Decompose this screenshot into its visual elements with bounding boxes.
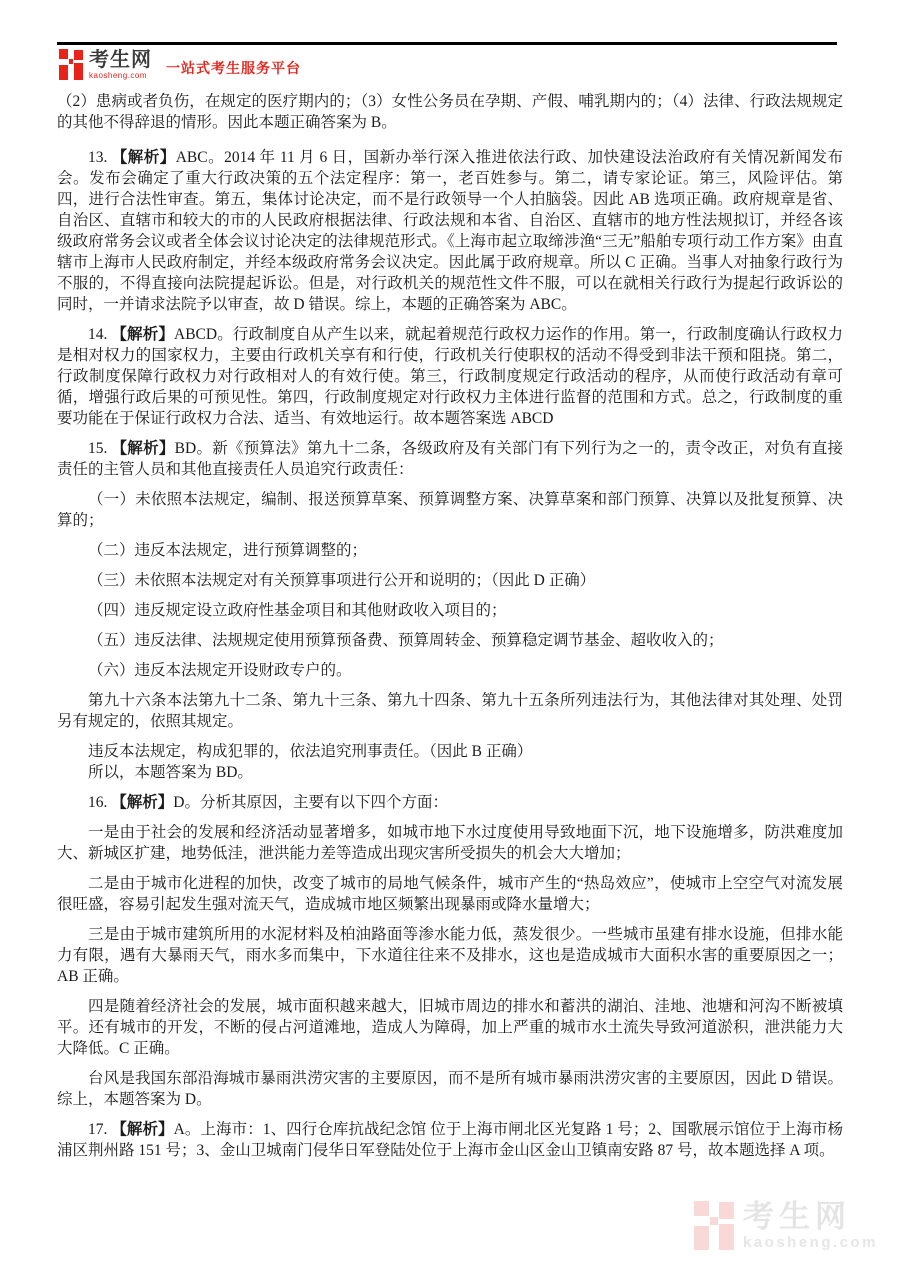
analysis-tag: 【解析】 — [112, 440, 175, 457]
paragraph-text: 一是由于社会的发展和经济活动显著增多，如城市地下水过度使用导致地面下沉，地下设施… — [57, 824, 843, 862]
paragraph-text: 违反本法规定，构成犯罪的，依法追究刑事责任。（因此 B 正确） — [88, 743, 532, 760]
document-body: （2）患病或者负伤，在规定的医疗期内的；（3）女性公务员在孕期、产假、哺乳期内的… — [57, 91, 843, 1170]
paragraph-clause-5: （五）违反法律、法规规定使用预算预备费、预算周转金、预算稳定调节基金、超收收入的… — [57, 630, 843, 651]
brand-name: 考生网 — [89, 50, 152, 70]
brand-domain: kaosheng.com — [89, 72, 152, 80]
paragraph-text: ABC。2014 年 11 月 6 日，国新办举行深入推进依法行政、加快建设法治… — [57, 149, 843, 313]
paragraph-answer-b: （2）患病或者负伤，在规定的医疗期内的；（3）女性公务员在孕期、产假、哺乳期内的… — [57, 91, 843, 133]
paragraph-clause-6: （六）违反本法规定开设财政专户的。 — [57, 660, 843, 681]
item-number: 14. — [88, 326, 111, 343]
paragraph-text: （2）患病或者负伤，在规定的医疗期内的；（3）女性公务员在孕期、产假、哺乳期内的… — [57, 93, 843, 131]
paragraph-reason-4: 四是随着经济社会的发展，城市面积越来越大，旧城市周边的排水和蓄洪的湖泊、洼地、池… — [57, 996, 843, 1059]
paragraph-text: （六）违反本法规定开设财政专户的。 — [88, 662, 352, 679]
paragraph-text: 台风是我国东部沿海城市暴雨洪涝灾害的主要原因，而不是所有城市暴雨洪涝灾害的主要原… — [57, 1070, 843, 1108]
paragraph-article-96: 第九十六条本法第九十二条、第九十三条、第九十四条、第九十五条所列违法行为，其他法… — [57, 690, 843, 732]
item-number: 17. — [88, 1121, 111, 1138]
paragraph-text: 二是由于城市化进程的加快，改变了城市的局地气候条件，城市产生的“热岛效应”，使城… — [57, 875, 843, 913]
paragraph-text: BD。新《预算法》第九十二条，各级政府及有关部门有下列行为之一的，责令改正，对负… — [57, 440, 843, 478]
paragraph-text: （二）违反本法规定，进行预算调整的； — [88, 542, 367, 559]
analysis-tag: 【解析】 — [111, 326, 174, 343]
analysis-tag: 【解析】 — [112, 149, 176, 166]
brand-tagline: 一站式考生服务平台 — [166, 58, 301, 80]
watermark-brand-domain: kaosheng.com — [743, 1235, 878, 1250]
paragraph-text: 所以，本题答案为 BD。 — [88, 764, 253, 781]
paragraph-item-15: 15. 【解析】BD。新《预算法》第九十二条，各级政府及有关部门有下列行为之一的… — [57, 438, 843, 480]
paragraph-text: A。上海市：1、四行仓库抗战纪念馆 位于上海市闸北区光复路 1 号；2、国歌展示… — [57, 1121, 843, 1159]
watermark-text: 考生网 kaosheng.com — [743, 1201, 878, 1250]
item-number: 15. — [88, 440, 112, 457]
paragraph-item-13: 13. 【解析】ABC。2014 年 11 月 6 日，国新办举行深入推进依法行… — [57, 147, 843, 315]
paragraph-text: 四是随着经济社会的发展，城市面积越来越大，旧城市周边的排水和蓄洪的湖泊、洼地、池… — [57, 998, 843, 1057]
watermark: 考生网 kaosheng.com — [694, 1201, 878, 1250]
paragraph-item-16: 16. 【解析】D。分析其原因，主要有以下四个方面： — [57, 792, 843, 813]
site-header: 考生网 kaosheng.com 一站式考生服务平台 — [59, 49, 301, 80]
paragraph-answer-bd: 所以，本题答案为 BD。 — [57, 762, 843, 783]
item-number: 13. — [88, 149, 112, 166]
watermark-brand-name: 考生网 — [743, 1201, 878, 1232]
item-number: 16. — [88, 794, 111, 811]
paragraph-item-17: 17. 【解析】A。上海市：1、四行仓库抗战纪念馆 位于上海市闸北区光复路 1 … — [57, 1119, 843, 1161]
kaosheng-logo-icon — [59, 49, 84, 80]
header-divider-rule — [57, 42, 837, 45]
paragraph-reason-1: 一是由于社会的发展和经济活动显著增多，如城市地下水过度使用导致地面下沉，地下设施… — [57, 822, 843, 864]
paragraph-text: （三）未依照本法规定对有关预算事项进行公开和说明的；（因此 D 正确） — [88, 572, 595, 589]
paragraph-text: D。分析其原因，主要有以下四个方面： — [173, 794, 448, 811]
paragraph-text: ABCD。行政制度自从产生以来，就起着规范行政权力运作的作用。第一，行政制度确认… — [57, 326, 843, 427]
paragraph-clause-1: （一）未依照本法规定，编制、报送预算草案、预算调整方案、决算草案和部门预算、决算… — [57, 489, 843, 531]
paragraph-clause-3: （三）未依照本法规定对有关预算事项进行公开和说明的；（因此 D 正确） — [57, 570, 843, 591]
paragraph-text: 第九十六条本法第九十二条、第九十三条、第九十四条、第九十五条所列违法行为，其他法… — [57, 692, 843, 730]
paragraph-clause-4: （四）违反规定设立政府性基金项目和其他财政收入项目的； — [57, 600, 843, 621]
paragraph-item-14: 14. 【解析】ABCD。行政制度自从产生以来，就起着规范行政权力运作的作用。第… — [57, 324, 843, 429]
watermark-logo-icon — [694, 1201, 735, 1250]
paragraph-criminal-liability: 违反本法规定，构成犯罪的，依法追究刑事责任。（因此 B 正确） — [57, 741, 843, 762]
paragraph-clause-2: （二）违反本法规定，进行预算调整的； — [57, 540, 843, 561]
analysis-tag: 【解析】 — [111, 794, 173, 811]
paragraph-typhoon: 台风是我国东部沿海城市暴雨洪涝灾害的主要原因，而不是所有城市暴雨洪涝灾害的主要原… — [57, 1068, 843, 1110]
paragraph-text: （五）违反法律、法规规定使用预算预备费、预算周转金、预算稳定调节基金、超收收入的… — [88, 632, 724, 649]
paragraph-text: （一）未依照本法规定，编制、报送预算草案、预算调整方案、决算草案和部门预算、决算… — [57, 491, 843, 529]
brand-text: 考生网 kaosheng.com — [89, 50, 152, 80]
paragraph-text: （四）违反规定设立政府性基金项目和其他财政收入项目的； — [88, 602, 507, 619]
paragraph-reason-3: 三是由于城市建筑所用的水泥材料及柏油路面等渗水能力低，蒸发很少。一些城市虽建有排… — [57, 924, 843, 987]
paragraph-reason-2: 二是由于城市化进程的加快，改变了城市的局地气候条件，城市产生的“热岛效应”，使城… — [57, 873, 843, 915]
analysis-tag: 【解析】 — [111, 1121, 173, 1138]
paragraph-text: 三是由于城市建筑所用的水泥材料及柏油路面等渗水能力低，蒸发很少。一些城市虽建有排… — [57, 926, 843, 985]
